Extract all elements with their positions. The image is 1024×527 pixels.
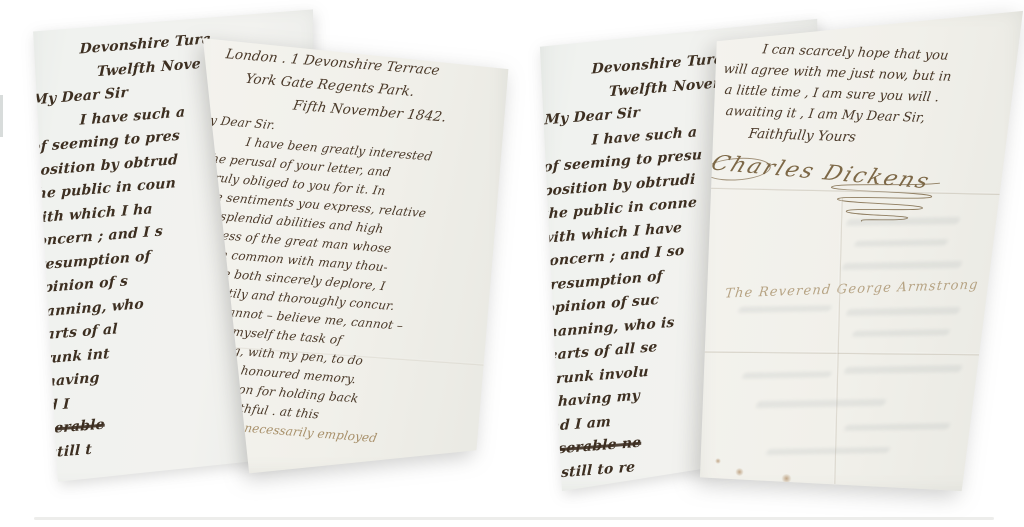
recipient-address: The Reverend George Armstrong [724, 278, 979, 302]
background-shadow-band [34, 517, 994, 520]
fox-stain [715, 458, 721, 464]
ink-show-through [852, 329, 951, 337]
ink-show-through [738, 305, 833, 313]
paper-sheet: I can scarcely hope that youwill agree w… [695, 6, 1024, 496]
ink-show-through [766, 447, 891, 455]
ink-show-through [854, 239, 949, 247]
fold-crease-vertical [833, 198, 842, 484]
ink-show-through [841, 261, 962, 270]
letter-page-right-front: I can scarcely hope that youwill agree w… [695, 6, 1024, 496]
ink-show-through [843, 365, 962, 374]
fox-stain [781, 474, 792, 483]
photo-edge-artifact [0, 95, 3, 137]
paper-sheet: London . 1 Devonshire TerraceYork Gate R… [190, 16, 510, 478]
handwriting-block: I can scarcely hope that youwill agree w… [703, 38, 1008, 229]
ink-show-through [844, 423, 951, 431]
fox-stain [735, 468, 744, 476]
closing-lines: I can scarcely hope that youwill agree w… [713, 38, 1008, 154]
ink-show-through [742, 371, 833, 379]
ink-show-through [755, 399, 886, 408]
letter-photograph: Devonshire TuraTwelfth NoveMy Dear SirI … [0, 0, 1024, 527]
letter-page-left-front: London . 1 Devonshire TerraceYork Gate R… [190, 16, 510, 478]
handwriting-block: Devonshire TuraTwelfth NoveMy Dear SirI … [23, 28, 212, 467]
handwriting-block: London . 1 Devonshire TerraceYork Gate R… [140, 42, 487, 451]
ink-show-through [845, 307, 960, 316]
fold-crease-horizontal [701, 350, 995, 355]
